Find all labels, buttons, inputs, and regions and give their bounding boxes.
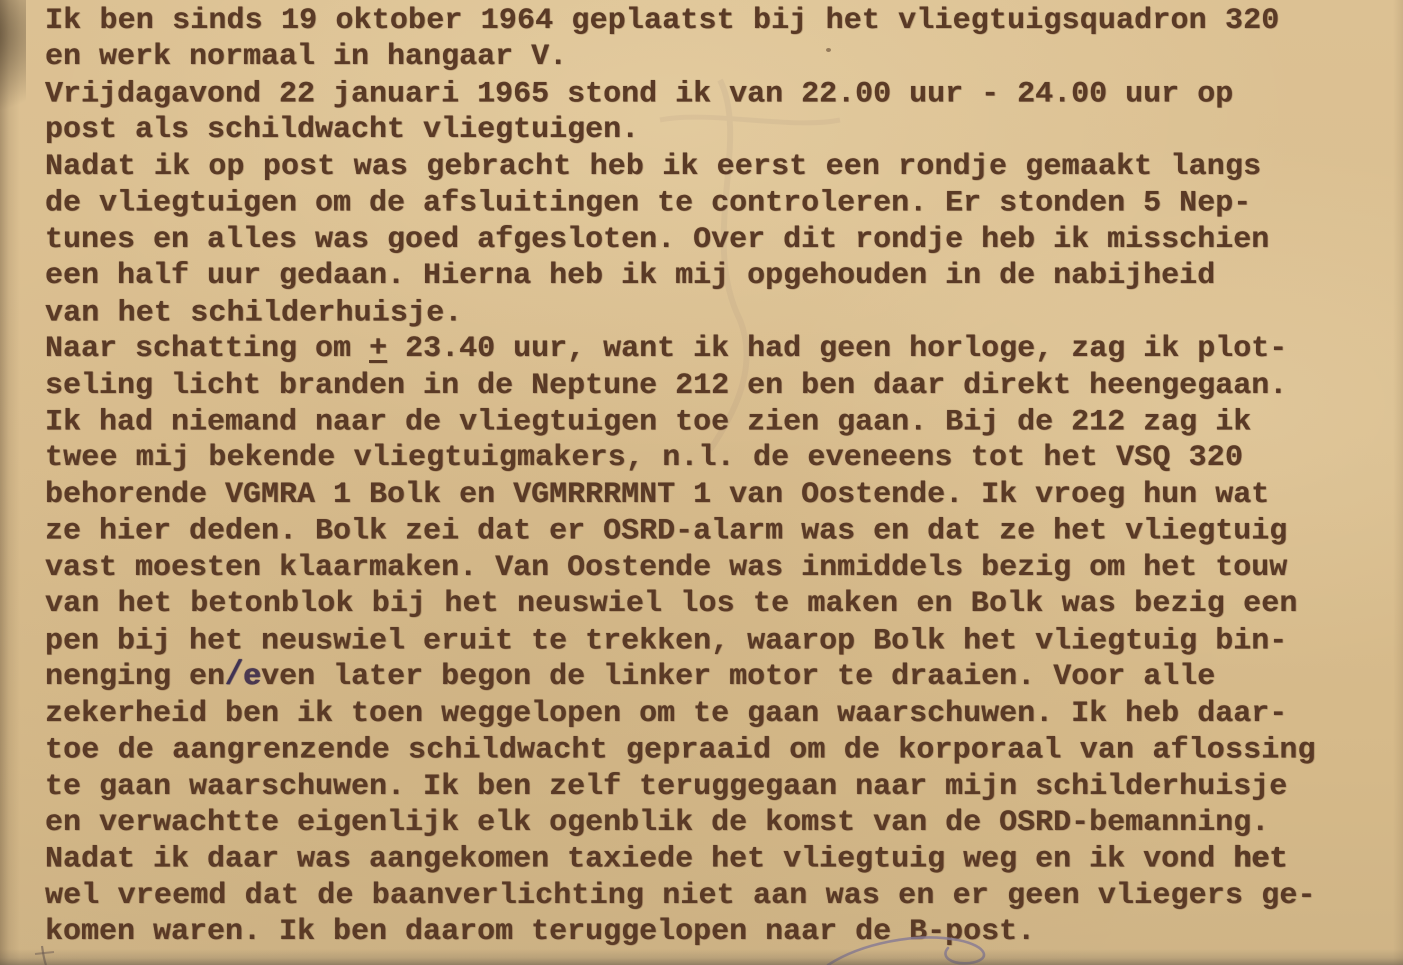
text-line: nenging en/even later begon de linker mo… bbox=[45, 659, 1385, 695]
photo-edge-shadow-right bbox=[1393, 0, 1403, 965]
bold-overstrike-word: het bbox=[1233, 843, 1287, 877]
overstruck-letter: e bbox=[243, 660, 261, 694]
text-line: vast moesten klaarmaken. Van Oostende wa… bbox=[45, 550, 1385, 586]
line-segment: Nadat ik daar was aangekomen taxiede het… bbox=[45, 843, 1233, 877]
text-line: te gaan waarschuwen. Ik ben zelf terugge… bbox=[45, 769, 1385, 805]
document-photo: Ik ben sinds 19 oktober 1964 geplaatst b… bbox=[0, 0, 1403, 965]
text-line: een half uur gedaan. Hierna heb ik mij o… bbox=[45, 258, 1385, 294]
text-line: Ik had niemand naar de vliegtuigen toe z… bbox=[45, 404, 1385, 440]
text-line: komen waren. Ik ben daarom teruggelopen … bbox=[45, 914, 1385, 950]
line-segment: Naar schatting om bbox=[45, 332, 369, 366]
line-segment: nenging en bbox=[45, 660, 225, 694]
text-line: en werk normaal in hangaar V. bbox=[45, 39, 1385, 75]
line-segment: ven later begon de linker motor te draai… bbox=[261, 660, 1215, 694]
text-line: zekerheid ben ik toen weggelopen om te g… bbox=[45, 696, 1385, 732]
text-line: tunes en alles was goed afgesloten. Over… bbox=[45, 222, 1385, 258]
text-line: Nadat ik daar was aangekomen taxiede het… bbox=[45, 842, 1385, 878]
text-line: de vliegtuigen om de afsluitingen te con… bbox=[45, 186, 1385, 222]
text-line: seling licht branden in de Neptune 212 e… bbox=[45, 368, 1385, 404]
text-line: Nadat ik op post was gebracht heb ik eer… bbox=[45, 149, 1385, 185]
text-line: twee mij bekende vliegtuigmakers, n.l. d… bbox=[45, 440, 1385, 476]
text-line: ze hier deden. Bolk zei dat er OSRD-alar… bbox=[45, 514, 1385, 550]
text-line: Vrijdagavond 22 januari 1965 stond ik va… bbox=[45, 76, 1385, 112]
photo-edge-shadow-bottom bbox=[0, 949, 1403, 965]
line-segment: 23.40 uur, want ik had geen horloge, zag… bbox=[387, 332, 1287, 366]
text-line: van het betonblok bij het neuswiel los t… bbox=[45, 586, 1385, 622]
typewritten-text: Ik ben sinds 19 oktober 1964 geplaatst b… bbox=[45, 3, 1385, 951]
correction-slash-mark: / bbox=[224, 655, 243, 698]
text-line: post als schildwacht vliegtuigen. bbox=[45, 112, 1385, 148]
photo-edge-shadow-left bbox=[0, 0, 26, 965]
text-line: Naar schatting om + 23.40 uur, want ik h… bbox=[45, 331, 1385, 367]
plus-minus-mark: + bbox=[369, 332, 387, 366]
text-line: en verwachtte eigenlijk elk ogenblik de … bbox=[45, 805, 1385, 841]
text-line: pen bij het neuswiel eruit te trekken, w… bbox=[45, 623, 1385, 659]
text-line: Ik ben sinds 19 oktober 1964 geplaatst b… bbox=[45, 3, 1385, 39]
text-line: van het schilderhuisje. bbox=[45, 295, 1385, 331]
text-line: behorende VGMRA 1 Bolk en VGMRRRMNT 1 va… bbox=[45, 477, 1385, 513]
text-line: wel vreemd dat de baanverlichting niet a… bbox=[45, 878, 1385, 914]
text-line: toe de aangrenzende schildwacht gepraaid… bbox=[45, 732, 1385, 768]
